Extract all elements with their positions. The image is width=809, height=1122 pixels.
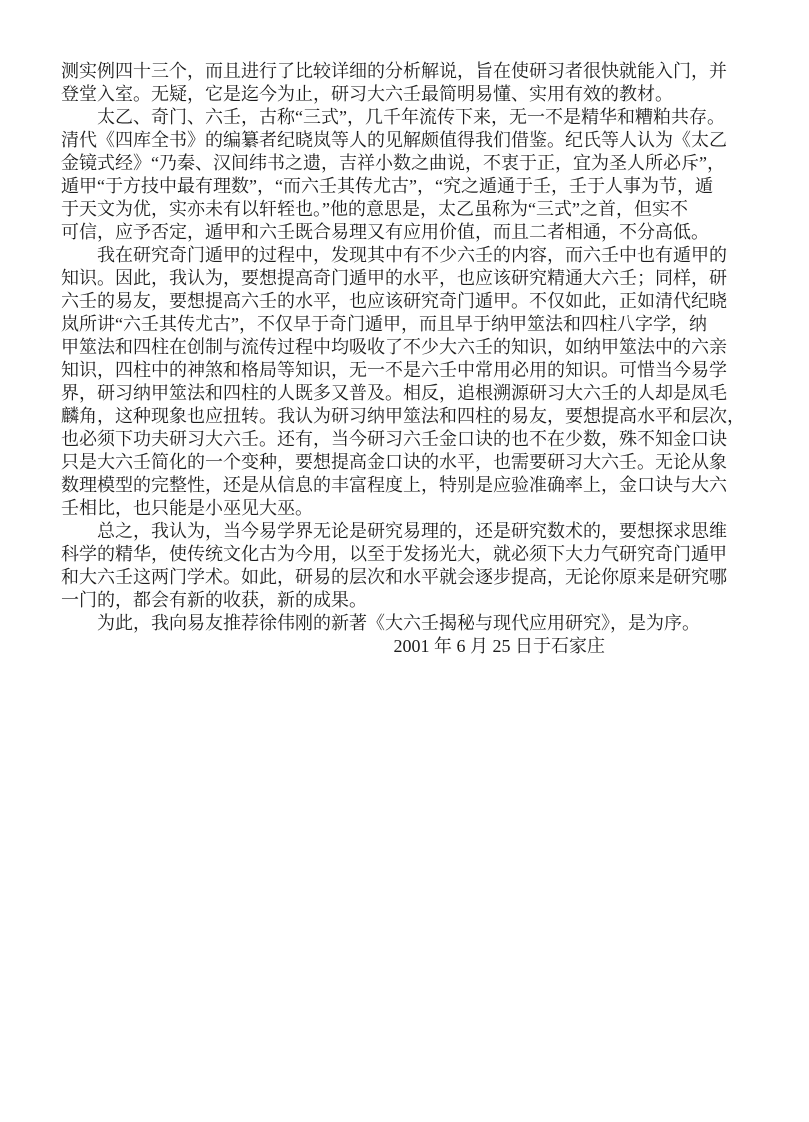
text-line: 总之，我认为，当今易学界无论是研究易理的，还是研究数术的，要想探求思维 (61, 520, 729, 543)
text-line: 测实例四十三个，而且进行了比较详细的分析解说，旨在使研习者很快就能入门，并 (61, 60, 729, 83)
text-line: 金镜式经》“乃秦、汉间纬书之遗，吉祥小数之曲说，不衷于正，宜为圣人所必斥”， (61, 152, 729, 175)
text-line: 我在研究奇门遁甲的过程中，发现其中有不少六壬的内容，而六壬中也有遁甲的 (61, 244, 729, 267)
text-line: 知识，四柱中的神煞和格局等知识，无一不是六壬中常用必用的知识。可惜当今易学 (61, 359, 729, 382)
text-line: 只是大六壬简化的一个变种，要想提高金口诀的水平，也需要研习大六壬。无论从象 (61, 451, 729, 474)
text-line: 也必须下功夫研习大六壬。还有，当今研习六壬金口诀的也不在少数，殊不知金口诀 (61, 428, 729, 451)
text-line: 太乙、奇门、六壬，古称“三式”，几千年流传下来，无一不是精华和糟粕共存。 (61, 106, 729, 129)
text-line: 登堂入室。无疑，它是迄今为止，研习大六壬最简明易懂、实用有效的教材。 (61, 83, 729, 106)
text-line: 可信，应予否定，遁甲和六壬既合易理又有应用价值，而且二者相通，不分高低。 (61, 221, 729, 244)
text-line: 壬相比，也只能是小巫见大巫。 (61, 497, 729, 520)
text-line: 知识。因此，我认为，要想提高奇门遁甲的水平，也应该研究精通大六壬；同样，研 (61, 267, 729, 290)
text-line: 麟角，这种现象也应扭转。我认为研习纳甲筮法和四柱的易友，要想提高水平和层次， (61, 405, 729, 428)
document-page: 测实例四十三个，而且进行了比较详细的分析解说，旨在使研习者很快就能入门，并 登堂… (0, 0, 809, 1122)
text-line: 为此，我向易友推荐徐伟刚的新著《大六壬揭秘与现代应用研究》，是为序。 (61, 612, 729, 635)
text-line: 科学的精华，使传统文化古为今用，以至于发扬光大，就必须下大力气研究奇门遁甲 (61, 543, 729, 566)
text-line: 六壬的易友，要想提高六壬的水平，也应该研究奇门遁甲。不仅如此，正如清代纪晓 (61, 290, 729, 313)
text-line: 遁甲“于方技中最有理数”，“而六壬其传尤古”，“究之遁通于壬，壬于人事为节，遁 (61, 175, 729, 198)
text-line: 甲筮法和四柱在创制与流传过程中均吸收了不少大六壬的知识，如纳甲筮法中的六亲 (61, 336, 729, 359)
text-line: 清代《四库全书》的编纂者纪晓岚等人的见解颇值得我们借鉴。纪氏等人认为《太乙 (61, 129, 729, 152)
text-line: 数理模型的完整性，还是从信息的丰富程度上，特别是应验准确率上，金口诀与大六 (61, 474, 729, 497)
text-line: 岚所讲“六壬其传尤古”，不仅早于奇门遁甲，而且早于纳甲筮法和四柱八字学，纳 (61, 313, 729, 336)
text-line: 界，研习纳甲筮法和四柱的人既多又普及。相反，追根溯源研习大六壬的人却是凤毛 (61, 382, 729, 405)
text-line: 和大六壬这两门学术。如此，研易的层次和水平就会逐步提高，无论你原来是研究哪 (61, 566, 729, 589)
text-line: 一门的，都会有新的收获，新的成果。 (61, 589, 729, 612)
text-line: 于天文为优，实亦未有以轩轾也。”他的意思是，太乙虽称为“三式”之首，但实不 (61, 198, 729, 221)
preface-text-block: 测实例四十三个，而且进行了比较详细的分析解说，旨在使研习者很快就能入门，并 登堂… (61, 60, 729, 658)
signature-date: 2001 年 6 月 25 日于石家庄 (61, 635, 729, 658)
